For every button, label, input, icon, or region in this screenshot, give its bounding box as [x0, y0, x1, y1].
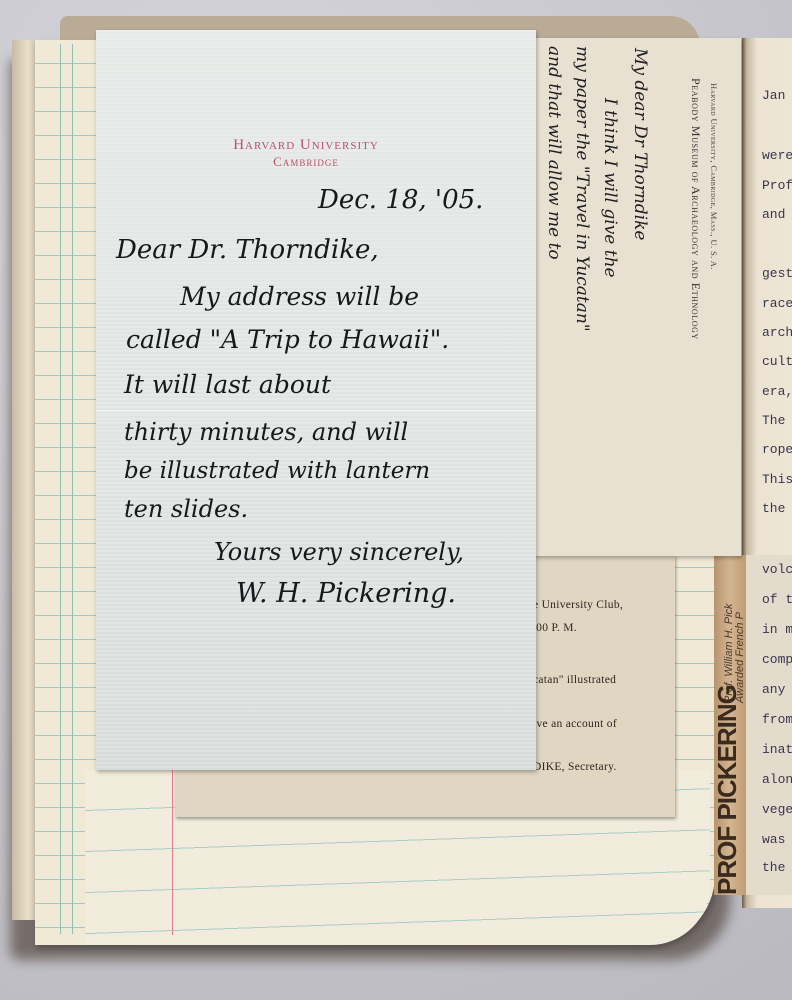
letterhead-university: Harvard University: [86, 137, 526, 154]
card-handwriting-line: and that will allow me to: [540, 46, 564, 260]
typed-line: The: [762, 413, 785, 428]
harvard-letter: Harvard University Cambridge Dec. 18, '0…: [96, 30, 536, 770]
letterhead-city: Cambridge: [86, 154, 526, 170]
typed-line: and: [762, 207, 785, 222]
typed-line: volc: [762, 562, 792, 577]
typed-line: of t: [762, 592, 792, 607]
typed-line: alon: [762, 772, 792, 787]
notice-line: ive an account of: [533, 718, 617, 730]
notice-line: DIKE, Secretary.: [533, 761, 617, 773]
typed-line: Jan: [762, 88, 785, 103]
typed-line: Prof: [762, 178, 792, 193]
letter-body-line: thirty minutes, and will: [124, 418, 408, 446]
typed-line: any: [762, 682, 785, 697]
peabody-museum-card: Peabody Museum of Archaeology and Ethnol…: [534, 38, 741, 556]
newspaper-clipping: Prof. William H. Pick Awarded French P P…: [714, 555, 746, 895]
paper-fold: [96, 410, 536, 411]
notice-line: catan" illustrated: [533, 674, 616, 686]
typed-line: were: [762, 148, 792, 163]
card-handwriting-line: My dear Dr Thorndike: [626, 48, 650, 240]
letter-date: Dec. 18, '05.: [318, 185, 483, 215]
card-letterhead-address: Harvard University, Cambridge, Mass., U.…: [705, 83, 719, 483]
letter-body-line: be illustrated with lantern: [124, 458, 430, 484]
notice-line: .00 P. M.: [533, 622, 577, 634]
typed-line: gest: [762, 266, 792, 281]
typed-line: cult: [762, 354, 792, 369]
letter-closing: Yours very sincerely,: [214, 538, 464, 566]
letter-body-line: It will last about: [124, 370, 331, 399]
ledger-rule: [60, 44, 61, 934]
typed-line: race: [762, 296, 792, 311]
typed-line: era,: [762, 384, 792, 399]
letter-salutation: Dear Dr. Thorndike,: [116, 235, 379, 265]
typed-line: rope: [762, 442, 792, 457]
ledger-margin-line: [172, 760, 173, 935]
ledger-rule: [72, 44, 73, 934]
letter-signature: W. H. Pickering.: [236, 578, 456, 609]
typed-line: vege: [762, 802, 792, 817]
typed-line: in m: [762, 622, 792, 637]
letter-body-line: called "A Trip to Hawaii".: [126, 325, 449, 354]
notice-line: e University Club,: [533, 599, 623, 611]
typed-line: was: [762, 832, 785, 847]
card-handwriting-line: my paper the "Travel in Yucatan": [568, 46, 592, 332]
letter-body-line: My address will be: [180, 282, 419, 311]
clipping-headline: PROF PICKERING: [712, 675, 744, 895]
typed-line: arch: [762, 325, 792, 340]
typed-line: from: [762, 712, 792, 727]
typed-line: comp: [762, 652, 792, 667]
typed-line: the: [762, 501, 785, 516]
typed-line: inat: [762, 742, 792, 757]
typed-line: This: [762, 472, 792, 487]
typed-line: the: [762, 860, 785, 875]
card-handwriting-line: I think I will give the: [596, 98, 620, 278]
card-letterhead: Peabody Museum of Archaeology and Ethnol…: [687, 78, 703, 518]
letter-body-line: ten slides.: [124, 495, 248, 523]
